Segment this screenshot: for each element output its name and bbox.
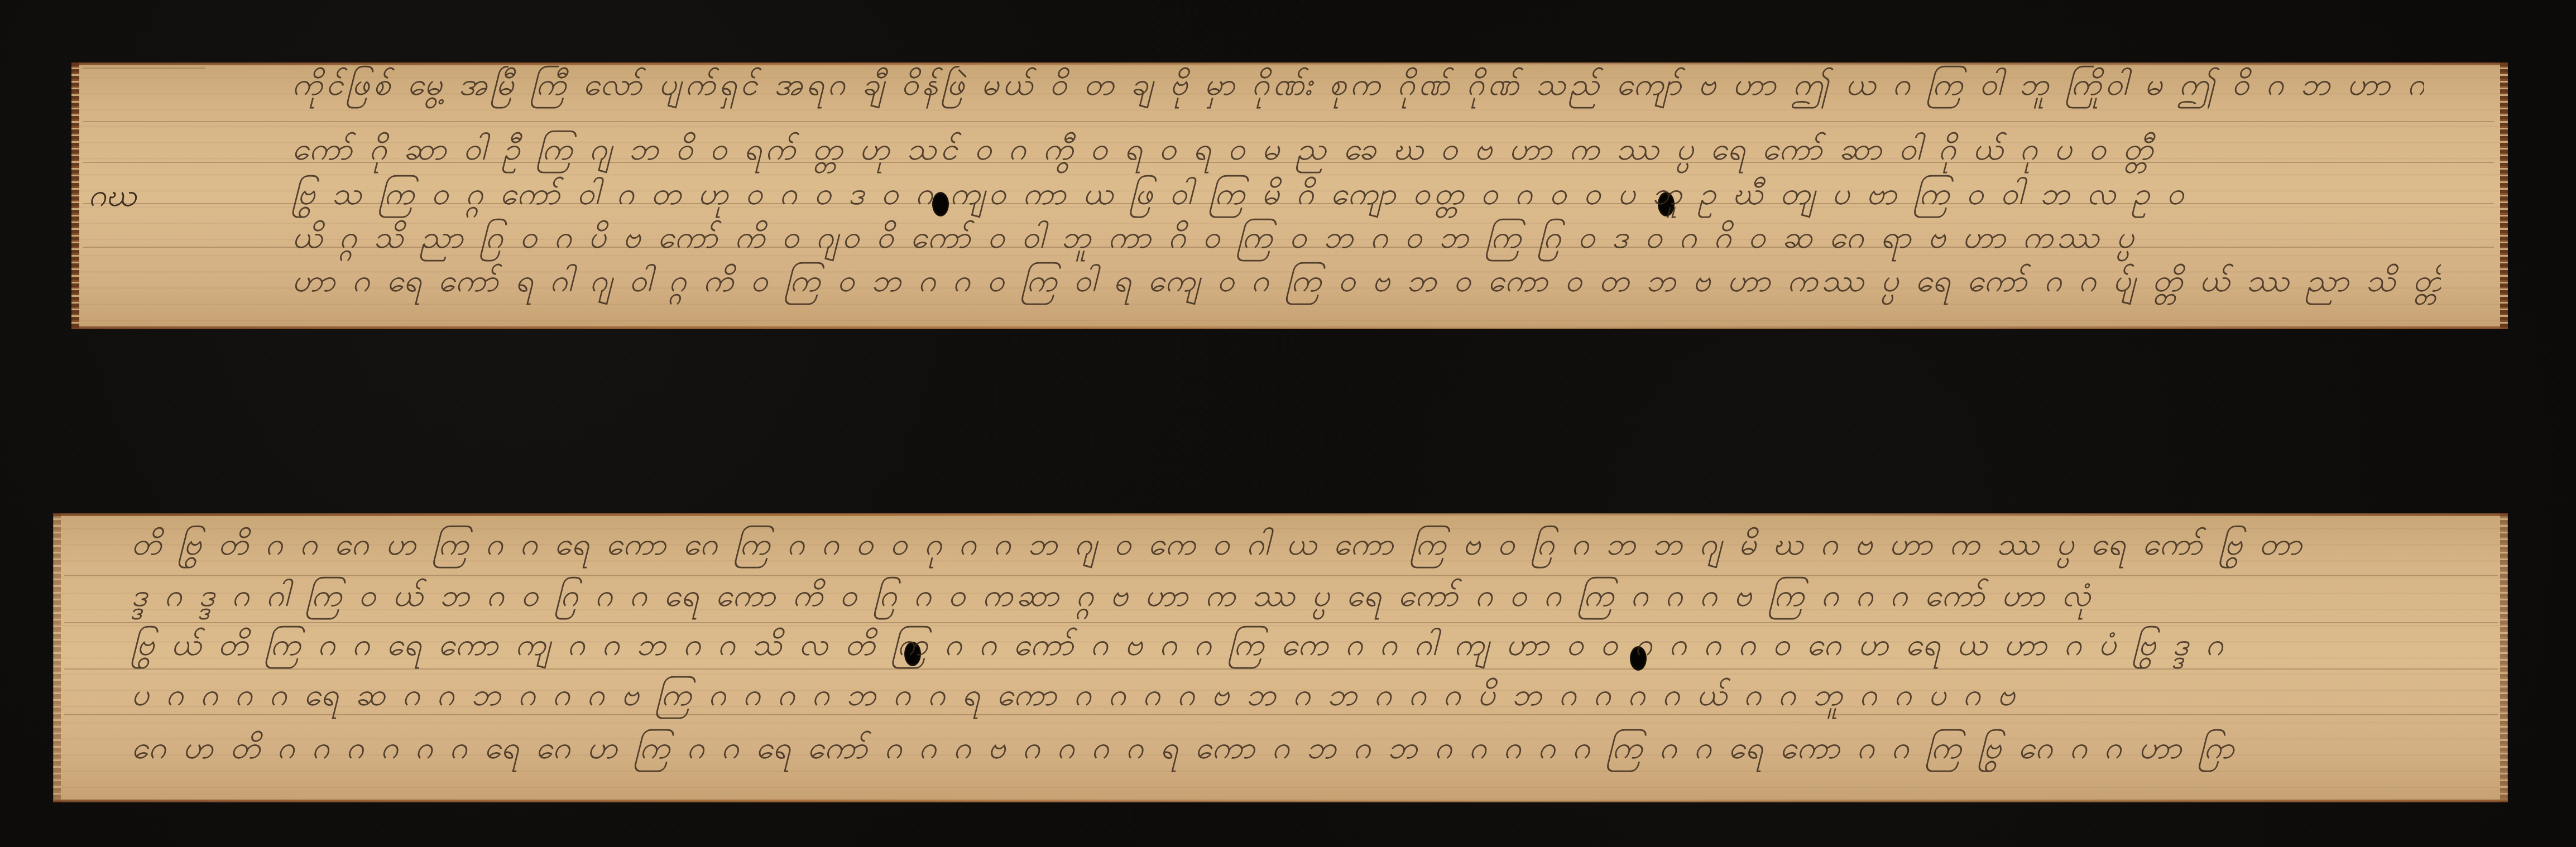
leaf-edge-right xyxy=(2500,62,2508,329)
leaf-edge-left xyxy=(53,513,61,802)
text-line-1: ကိုင်ဖြစ် မွေ့ အမြီ ကြီ လော် ပျက်ရှင် အရ… xyxy=(292,65,2424,110)
leaf-edge-top xyxy=(53,513,2508,516)
leaf-edge-right xyxy=(2500,513,2508,802)
leaf-number: ဂဃ xyxy=(88,176,137,222)
text-line-5: ဟာ ဂ ရေ ကော် ရ ဂါ ဂျ ဝါ ဂ္ဂ ကိ ဝ ကြ ဝ ဘ … xyxy=(292,261,2441,307)
palm-leaf-folio-1: ဂဃ ကိုင်ဖြစ် မွေ့ အမြီ ကြီ လော် ပျက်ရှင်… xyxy=(71,62,2508,329)
leaf-edge-bottom xyxy=(53,800,2508,802)
text-line-3: ဗြွ သ ကြ ဝ ဂ္ဂ ကော် ဝါ ဂ တ ဟု ဝ ဂ ဝ ဒ ဝ … xyxy=(292,174,2469,220)
text-line-4: ပ ဂ ဂ ဂ ဂ ရေ ဆ ဂ ဂ ဘ ဂ ဂ ဂ ဗ ကြ ဂ ဂ ဂ ဂ … xyxy=(131,675,2375,721)
text-line-2: ကော် ဂို ဆာ ဝါ ဦ ကြ ဂျ ဘ ဝိ ဝ ရက် တ္တ ဟု… xyxy=(292,129,2402,175)
ruling-line xyxy=(83,121,2494,122)
leaf-edge-bottom xyxy=(71,326,2508,329)
text-line-2: ဒ္ဒ ဂ ဒ္ဒ ဂ ဂါ ကြ ဝ ယ် ဘ ဂ ဝ ဂြ ဂ ဂ ရေ က… xyxy=(131,576,2397,622)
leaf-edge-left xyxy=(71,62,79,329)
ruling-line xyxy=(64,622,2498,623)
text-line-5: ဂေ ဟ တိ ဂ ဂ ဂ ဂ ဂ ဂ ရေ ဂေ ဟ ကြ ဂ ဂ ရေ ကေ… xyxy=(131,728,2397,774)
text-line-4: ယိ ဂ္ဂ သိ ညာ ဂြ ဝ ဂ ပိ ဗ ကော် ကိ ဝ ဂျဝ ဝ… xyxy=(292,218,2469,263)
text-line-1: တိ ဗြွ တိ ဂ ဂ ဂေ ဟ ကြ ဂ ဂ ရေ ကော ဂေ ကြ ဂ… xyxy=(131,524,2375,570)
palm-leaf-folio-2: တိ ဗြွ တိ ဂ ဂ ဂေ ဟ ကြ ဂ ဂ ရေ ကော ဂေ ကြ ဂ… xyxy=(53,513,2508,802)
text-line-3: ဗြွ ယ် တိ ကြ ဂ ဂ ရေ ကော ကျ ဂ ဂ ဘ ဂ ဂ သိ … xyxy=(131,625,2397,671)
ruling-line xyxy=(83,68,205,69)
